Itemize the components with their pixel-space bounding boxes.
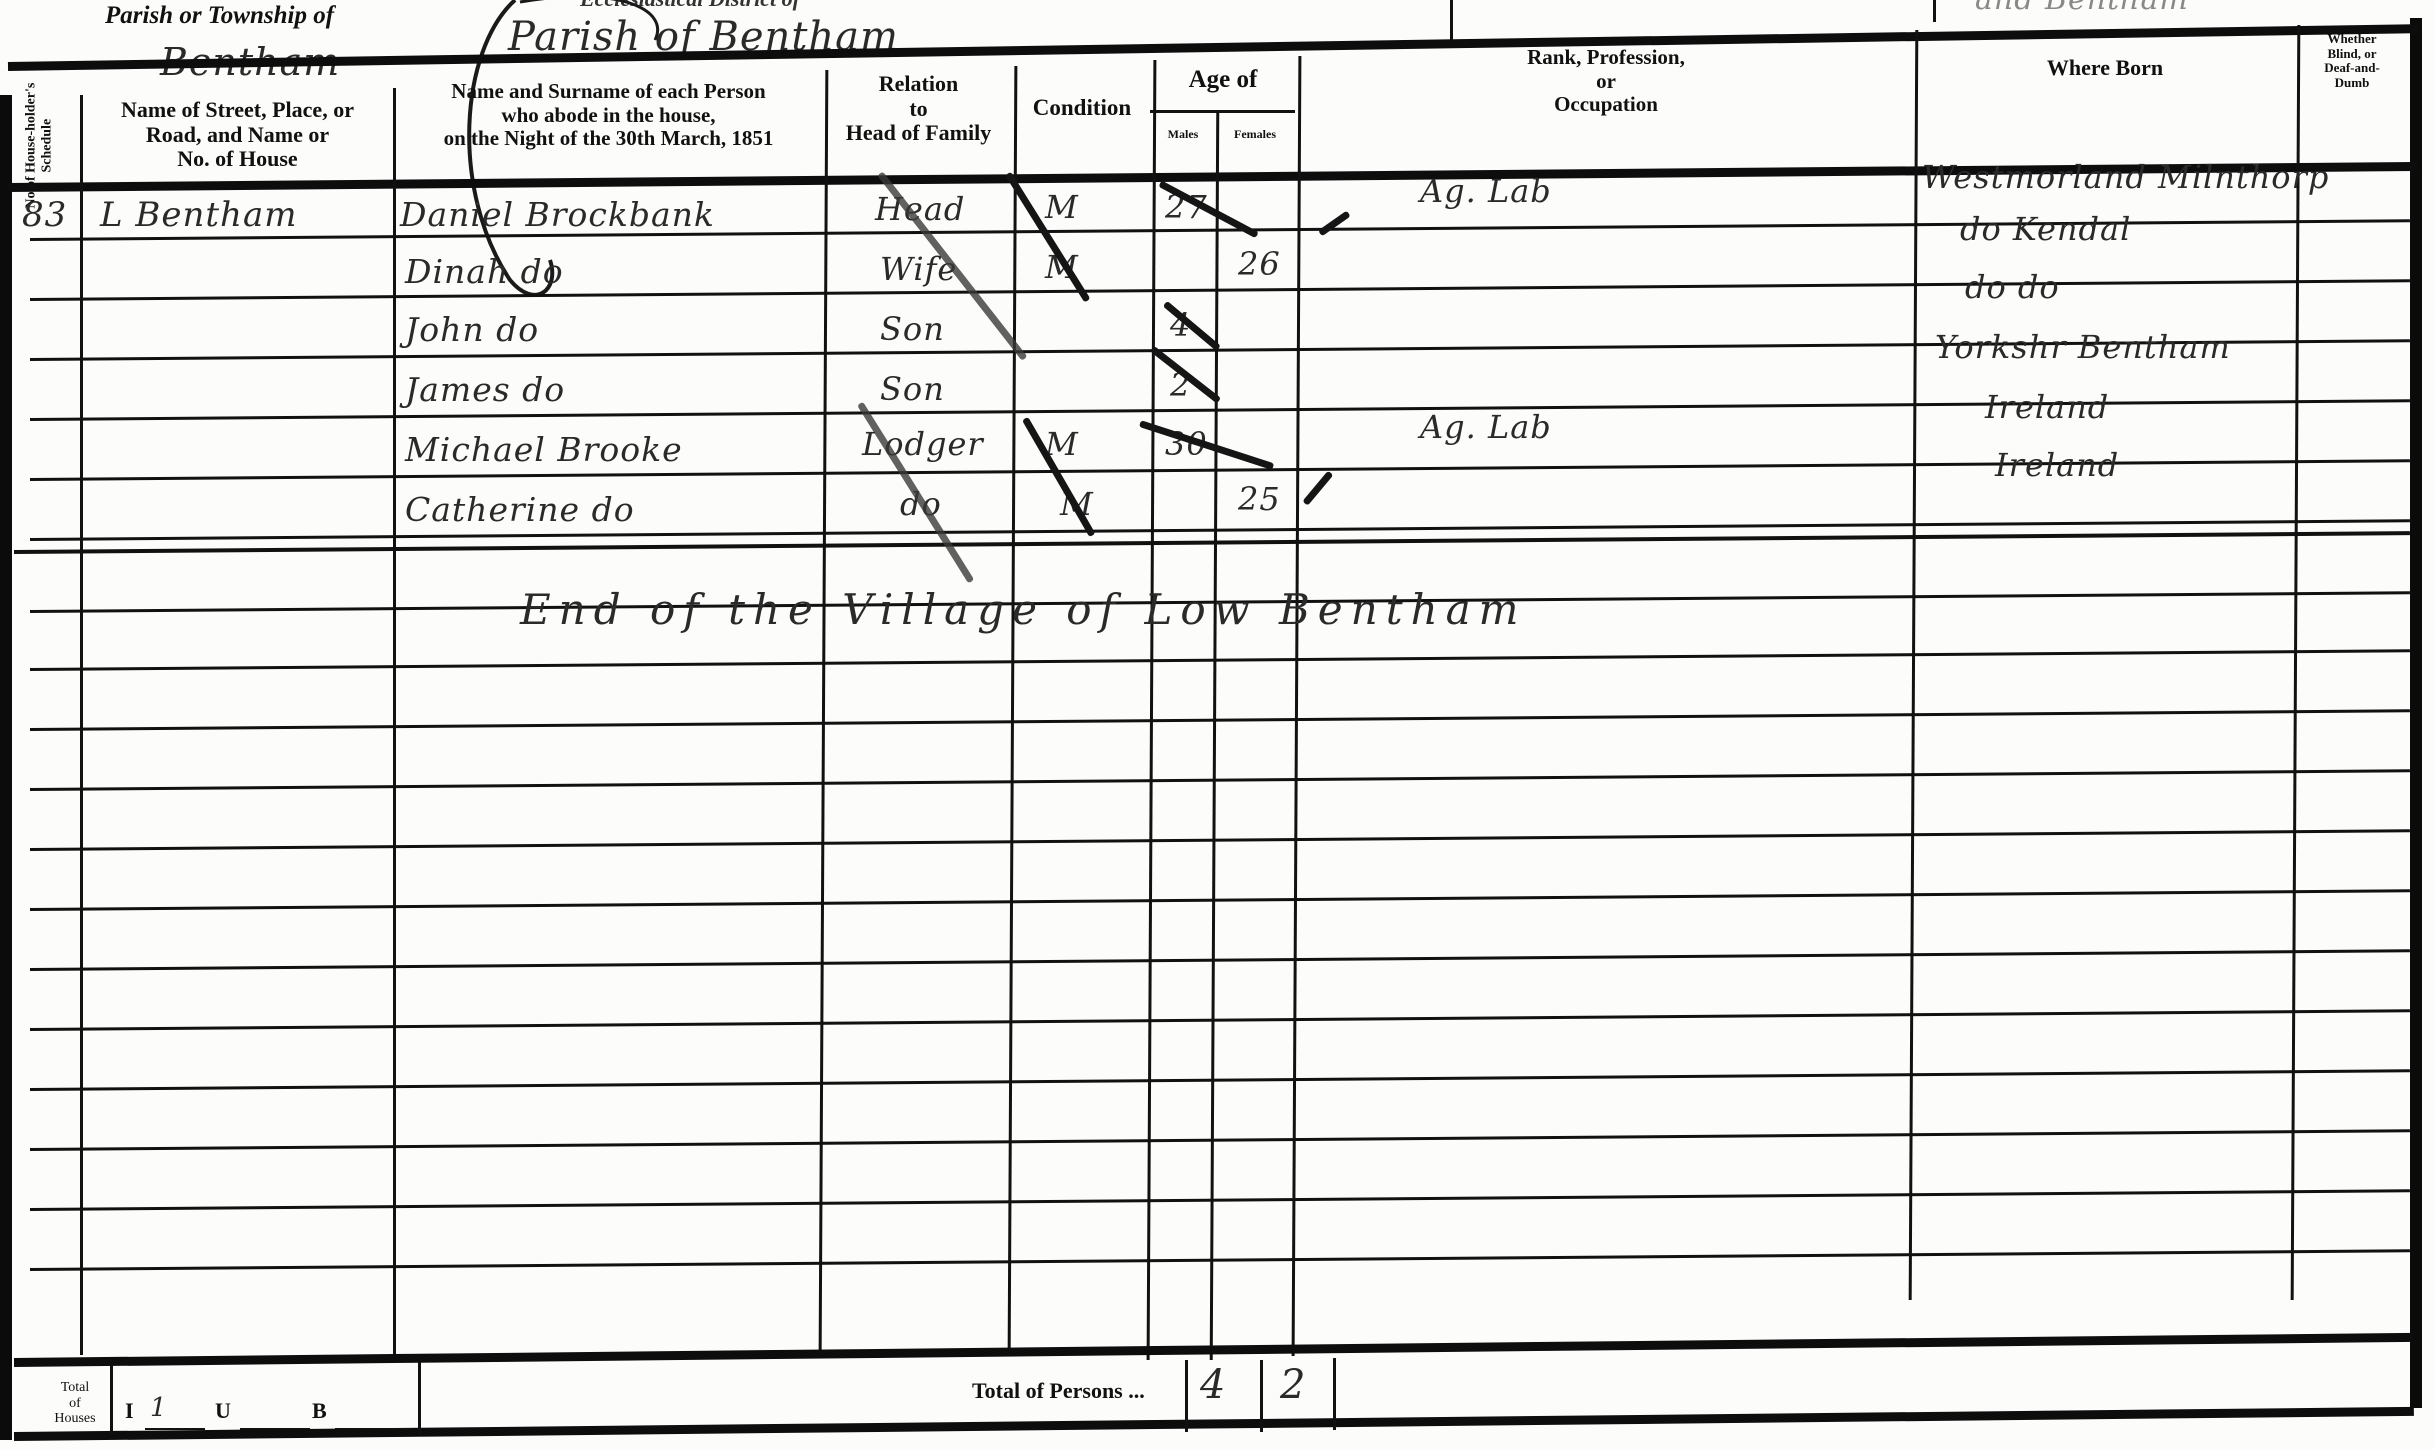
header-males: Males [1153, 128, 1213, 141]
header-where-born: Where Born [1915, 56, 2295, 81]
footer-divider-3 [1185, 1360, 1188, 1432]
where-born: Ireland [1995, 446, 2119, 484]
female-age: 25 [1238, 480, 1281, 518]
header-blind: Whether Blind, or Deaf-and- Dumb [2296, 32, 2408, 90]
total-persons-label: Total of Persons ... [972, 1378, 1145, 1404]
col-line-4 [1008, 66, 1018, 1356]
header-occupation: Rank, Profession, or Occupation [1300, 46, 1912, 117]
header-divider-right [1450, 0, 1453, 45]
col-line-6 [1210, 110, 1220, 1360]
end-of-village-note: End of the Village of Low Bentham [520, 585, 1527, 634]
header-relation: Relation to Head of Family [826, 72, 1011, 146]
col-line-8 [1909, 30, 1919, 1300]
col-line-3 [819, 70, 829, 1350]
header-divider-far-right [1933, 0, 1936, 22]
age-of-divider [1150, 110, 1295, 113]
total-females-value: 2 [1280, 1362, 1306, 1408]
where-born: do Kendal [1960, 210, 2131, 248]
inhabited-label: I [125, 1398, 134, 1424]
person-name: John do [405, 310, 539, 349]
where-born: Ireland [1985, 388, 2109, 426]
partial-right-value: and Bentham [1975, 0, 2189, 17]
street-name: L Bentham [100, 195, 297, 235]
left-border [0, 95, 12, 1440]
footer-divider-2 [418, 1362, 421, 1434]
col-line-9 [2291, 25, 2301, 1300]
inhabited-value: 1 [150, 1393, 168, 1423]
female-age: 26 [1238, 245, 1281, 283]
footer-divider-4 [1260, 1360, 1263, 1432]
col-line-7 [1292, 56, 1302, 1356]
person-name: Michael Brooke [405, 430, 683, 469]
person-name: Catherine do [405, 490, 635, 529]
uninhabited-underline [240, 1428, 310, 1430]
footer-divider-1 [110, 1365, 113, 1435]
occupation: Ag. Lab [1420, 408, 1552, 446]
person-name: James do [405, 370, 565, 409]
census-page: Parish or Township of Bentham Ecclesiast… [0, 0, 2434, 1450]
schedule-number: 83 [22, 195, 67, 235]
relation: Son [880, 370, 945, 408]
inhabited-underline [145, 1428, 205, 1430]
uninhabited-label: U [215, 1398, 231, 1424]
person-name: Daniel Brockbank [400, 195, 715, 234]
total-males-value: 4 [1200, 1362, 1226, 1408]
header-condition: Condition [1014, 95, 1150, 121]
header-name: Name and Surname of each Person who abod… [396, 80, 821, 151]
occupation: Ag. Lab [1420, 172, 1552, 210]
building-label: B [312, 1398, 327, 1424]
person-name: Dinah do [405, 252, 564, 291]
right-border [2410, 18, 2422, 1408]
building-underline [335, 1428, 410, 1430]
condition: M [1045, 188, 1079, 226]
col-line-5 [1147, 60, 1157, 1360]
parish-label: Parish or Township of [105, 2, 334, 30]
where-born: Yorkshr Bentham [1935, 328, 2231, 366]
where-born: Westmorland Milnthorp [1922, 158, 2329, 196]
col-line-2 [393, 88, 396, 1356]
where-born: do do [1965, 268, 2060, 306]
header-age-of: Age of [1152, 66, 1294, 94]
footer-divider-5 [1333, 1358, 1336, 1430]
col-line-1 [80, 95, 83, 1355]
header-females: Females [1215, 128, 1295, 141]
total-houses-label: Total of Houses [40, 1380, 110, 1427]
relation: Son [880, 310, 945, 348]
header-street: Name of Street, Place, or Road, and Name… [85, 98, 390, 172]
